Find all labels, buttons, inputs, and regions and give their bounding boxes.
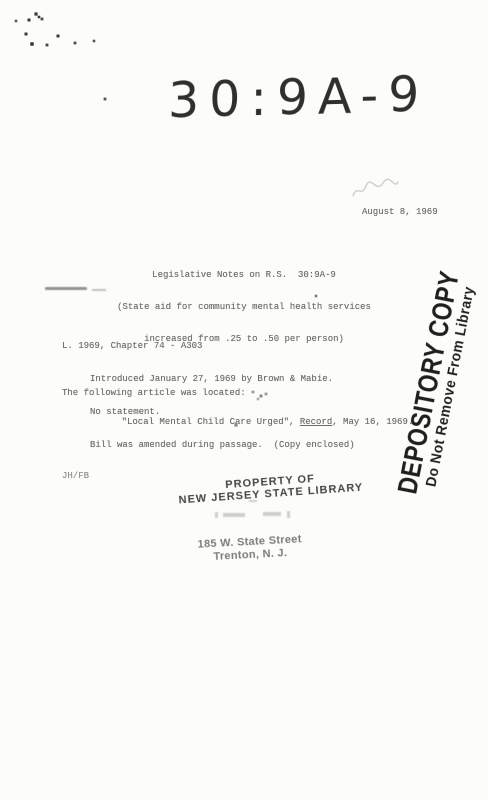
body-line-chapter: L. 1969, Chapter 74 - A303: [62, 341, 355, 352]
article-title: "Local Mental Child Care Urged",: [122, 417, 300, 427]
date-line: August 8, 1969: [362, 207, 438, 218]
depository-stamp: DEPOSITORY COPY Do Not Remove From Libra…: [386, 260, 488, 508]
article-citation: "Local Mental Child Care Urged", Record,…: [100, 406, 413, 439]
pencil-scribble: [350, 176, 400, 202]
scanned-document-page: 30:9A-9 August 8, 1969 Legislative Notes…: [0, 0, 488, 800]
body-line-amended: Bill was amended during passage. (Copy e…: [62, 440, 355, 451]
typist-initials: JH/FB: [62, 471, 89, 482]
newspaper-name: Record: [300, 417, 332, 427]
handwritten-citation: 30:9A-9: [168, 67, 430, 130]
scan-specks: [0, 0, 2, 2]
faint-datestamp-marks: [215, 509, 295, 519]
address-stamp: 185 W. State Street Trenton, N. J.: [169, 532, 330, 565]
property-stamp: PROPERTY OF NEW JERSEY STATE LIBRARY: [167, 469, 373, 507]
faint-pencil-marks: [238, 389, 240, 391]
article-intro: The following article was located:: [62, 388, 246, 399]
body-line-introduced: Introduced January 27, 1969 by Brown & M…: [62, 374, 355, 385]
